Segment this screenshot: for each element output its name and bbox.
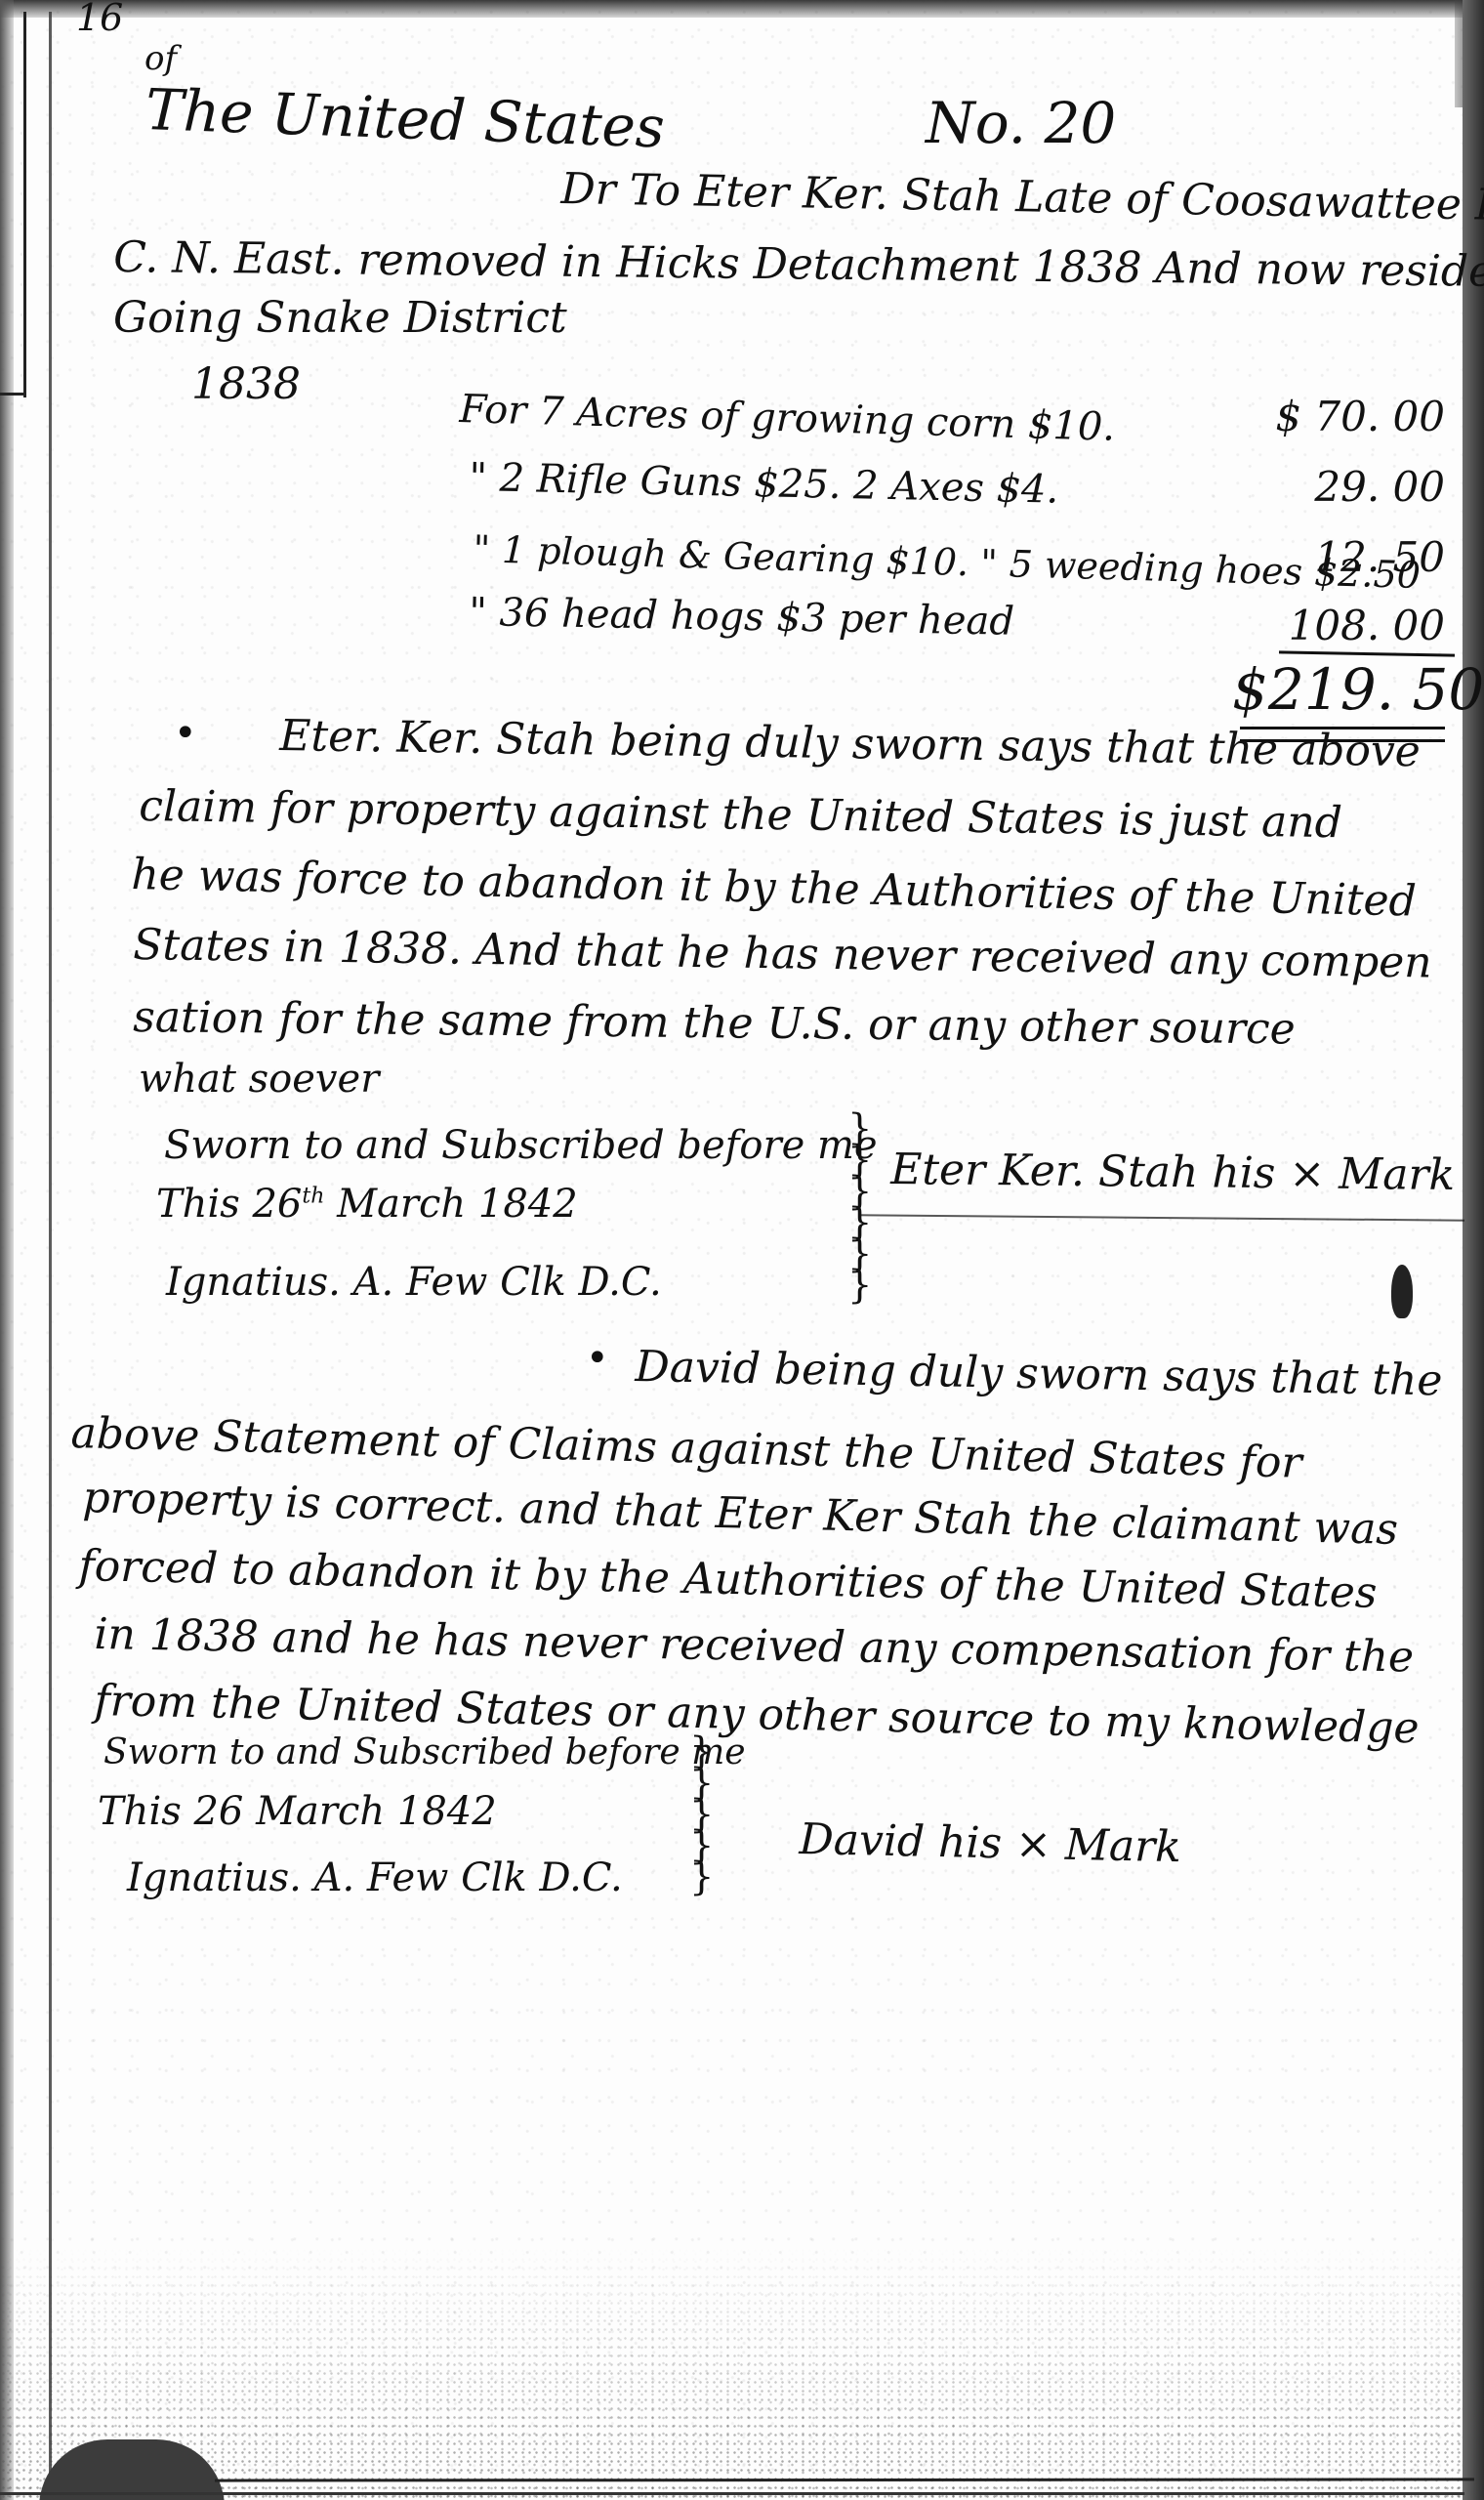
jurat-line: This 26 March 1842 bbox=[98, 1789, 497, 1834]
ledger-item-amount: 29. 00 bbox=[1259, 463, 1445, 511]
page-number: 16 bbox=[76, 0, 123, 39]
book-edge-top bbox=[0, 0, 1484, 18]
header-prefix: of bbox=[144, 39, 177, 78]
book-edge-right bbox=[1463, 0, 1484, 2500]
ledger-total: $219. 50 bbox=[1232, 656, 1484, 723]
jurat-clerk: Ignatius. A. Few Clk D.C. bbox=[166, 1260, 662, 1305]
paragraph-marker: • bbox=[174, 711, 197, 756]
ledger-item-amount: 108. 00 bbox=[1259, 602, 1445, 649]
jurat-day-suffix: th bbox=[302, 1185, 324, 1209]
book-edge-left bbox=[0, 0, 14, 2500]
jurat-line: Sworn to and Subscribed before me bbox=[164, 1123, 878, 1168]
ledger-year: 1838 bbox=[191, 359, 301, 409]
jurat-line: This 26th March 1842 bbox=[156, 1182, 578, 1227]
ink-blot bbox=[1391, 1265, 1413, 1318]
page-bottom-rule bbox=[0, 2492, 1464, 2495]
jurat-line: Sworn to and Subscribed before me bbox=[103, 1732, 746, 1772]
margin-rule bbox=[0, 393, 25, 396]
jurat-clerk: Ignatius. A. Few Clk D.C. bbox=[127, 1855, 623, 1900]
paper-speckle bbox=[0, 2246, 1464, 2500]
jurat-day: This 26 bbox=[156, 1182, 302, 1227]
margin-rule bbox=[23, 12, 26, 397]
brace: } } } } } bbox=[689, 1736, 714, 1893]
paragraph-marker: • bbox=[586, 1336, 609, 1381]
claimant-signature: Eter Ker. Stah his × Mark bbox=[890, 1145, 1455, 1200]
brace: } } } } } } bbox=[847, 1113, 872, 1301]
claim-number: No. 20 bbox=[926, 90, 1116, 156]
witness-signature: David his × Mark bbox=[799, 1814, 1181, 1872]
ledger-item-amount: 12. 50 bbox=[1259, 533, 1445, 581]
jurat-month-year: March 1842 bbox=[324, 1182, 577, 1227]
ledger-item-description: " 36 head hogs $3 per head bbox=[469, 590, 1014, 645]
intro-line: Going Snake District bbox=[113, 293, 567, 343]
ledger-item-amount: $ 70. 00 bbox=[1259, 393, 1445, 440]
affidavit-line: what soever bbox=[139, 1057, 379, 1102]
margin-rule bbox=[49, 12, 52, 2482]
